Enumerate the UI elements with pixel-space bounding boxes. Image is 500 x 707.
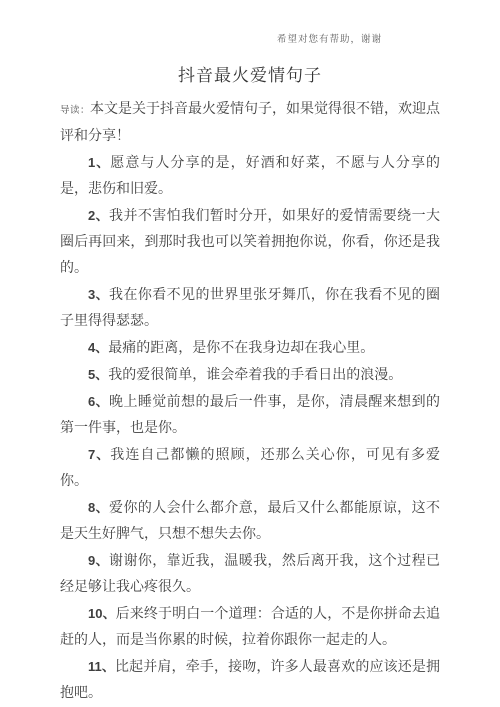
- intro-paragraph: 导读：本文是关于抖音最火爱情句子，如果觉得很不错，欢迎点评和分享！: [60, 97, 440, 150]
- list-item: 9、谢谢你，靠近我，温暖我，然后离开我，这个过程已经足够让我心疼很久。: [60, 548, 440, 601]
- page-title: 抖音最火爱情句子: [60, 63, 440, 89]
- item-text: 我的爱很简单，谁会牵着我的手看日出的浪漫。: [108, 368, 402, 383]
- item-text: 最痛的距离，是你不在我身边却在我心里。: [108, 341, 374, 356]
- intro-label: 导读：: [60, 106, 90, 116]
- item-number: 11、: [88, 659, 115, 674]
- intro-text: 本文是关于抖音最火爱情句子，如果觉得很不错，欢迎点评和分享！: [60, 102, 440, 144]
- item-text: 比起并肩，牵手，接吻，许多人最喜欢的应该还是拥抱吧。: [60, 660, 440, 701]
- item-number: 5、: [88, 367, 108, 382]
- item-text: 愿意与人分享的是，好酒和好菜，不愿与人分享的是，悲伤和旧爱。: [60, 156, 440, 197]
- list-item: 5、我的爱很简单，谁会牵着我的手看日出的浪漫。: [60, 362, 440, 389]
- list-item: 7、我连自己都懒的照顾，还那么关心你，可见有多爱你。: [60, 442, 440, 495]
- item-number: 4、: [88, 340, 108, 355]
- list-item: 10、后来终于明白一个道理：合适的人，不是你拼命去追赶的人，而是当你累的时候，拉…: [60, 601, 440, 654]
- header-note: 希望对您有帮助，谢谢: [60, 34, 440, 47]
- list-item: 11、比起并肩，牵手，接吻，许多人最喜欢的应该还是拥抱吧。: [60, 654, 440, 707]
- item-text: 我并不害怕我们暂时分开，如果好的爱情需要绕一大圈后再回来，到那时我也可以笑着拥抱…: [60, 209, 440, 276]
- item-number: 6、: [88, 394, 109, 409]
- list-item: 6、晚上睡觉前想的最后一件事，是你，清晨醒来想到的第一件事，也是你。: [60, 389, 440, 442]
- item-number: 10、: [88, 606, 116, 621]
- list-item: 2、我并不害怕我们暂时分开，如果好的爱情需要绕一大圈后再回来，到那时我也可以笑着…: [60, 203, 440, 282]
- list-item: 8、爱你的人会什么都介意，最后又什么都能原谅，这不是天生好脾气，只想不想失去你。: [60, 495, 440, 548]
- item-number: 9、: [88, 553, 109, 568]
- list-item: 4、最痛的距离，是你不在我身边却在我心里。: [60, 335, 440, 362]
- item-number: 8、: [88, 500, 109, 515]
- item-number: 1、: [88, 155, 110, 170]
- item-number: 3、: [88, 287, 109, 302]
- item-text: 爱你的人会什么都介意，最后又什么都能原谅，这不是天生好脾气，只想不想失去你。: [60, 501, 440, 542]
- document-page: 希望对您有帮助，谢谢 抖音最火爱情句子 导读：本文是关于抖音最火爱情句子，如果觉…: [0, 0, 500, 707]
- list-item: 1、愿意与人分享的是，好酒和好菜，不愿与人分享的是，悲伤和旧爱。: [60, 150, 440, 203]
- item-text: 我连自己都懒的照顾，还那么关心你，可见有多爱你。: [60, 448, 440, 489]
- item-text: 晚上睡觉前想的最后一件事，是你，清晨醒来想到的第一件事，也是你。: [60, 395, 440, 436]
- item-text: 谢谢你，靠近我，温暖我，然后离开我，这个过程已经足够让我心疼很久。: [60, 554, 440, 595]
- item-text: 我在你看不见的世界里张牙舞爪，你在我看不见的圈子里得得瑟瑟。: [60, 288, 440, 329]
- item-text: 后来终于明白一个道理：合适的人，不是你拼命去追赶的人，而是当你累的时候，拉着你跟…: [60, 607, 440, 648]
- item-number: 2、: [88, 208, 109, 223]
- item-number: 7、: [88, 447, 110, 462]
- list-item: 3、我在你看不见的世界里张牙舞爪，你在我看不见的圈子里得得瑟瑟。: [60, 282, 440, 335]
